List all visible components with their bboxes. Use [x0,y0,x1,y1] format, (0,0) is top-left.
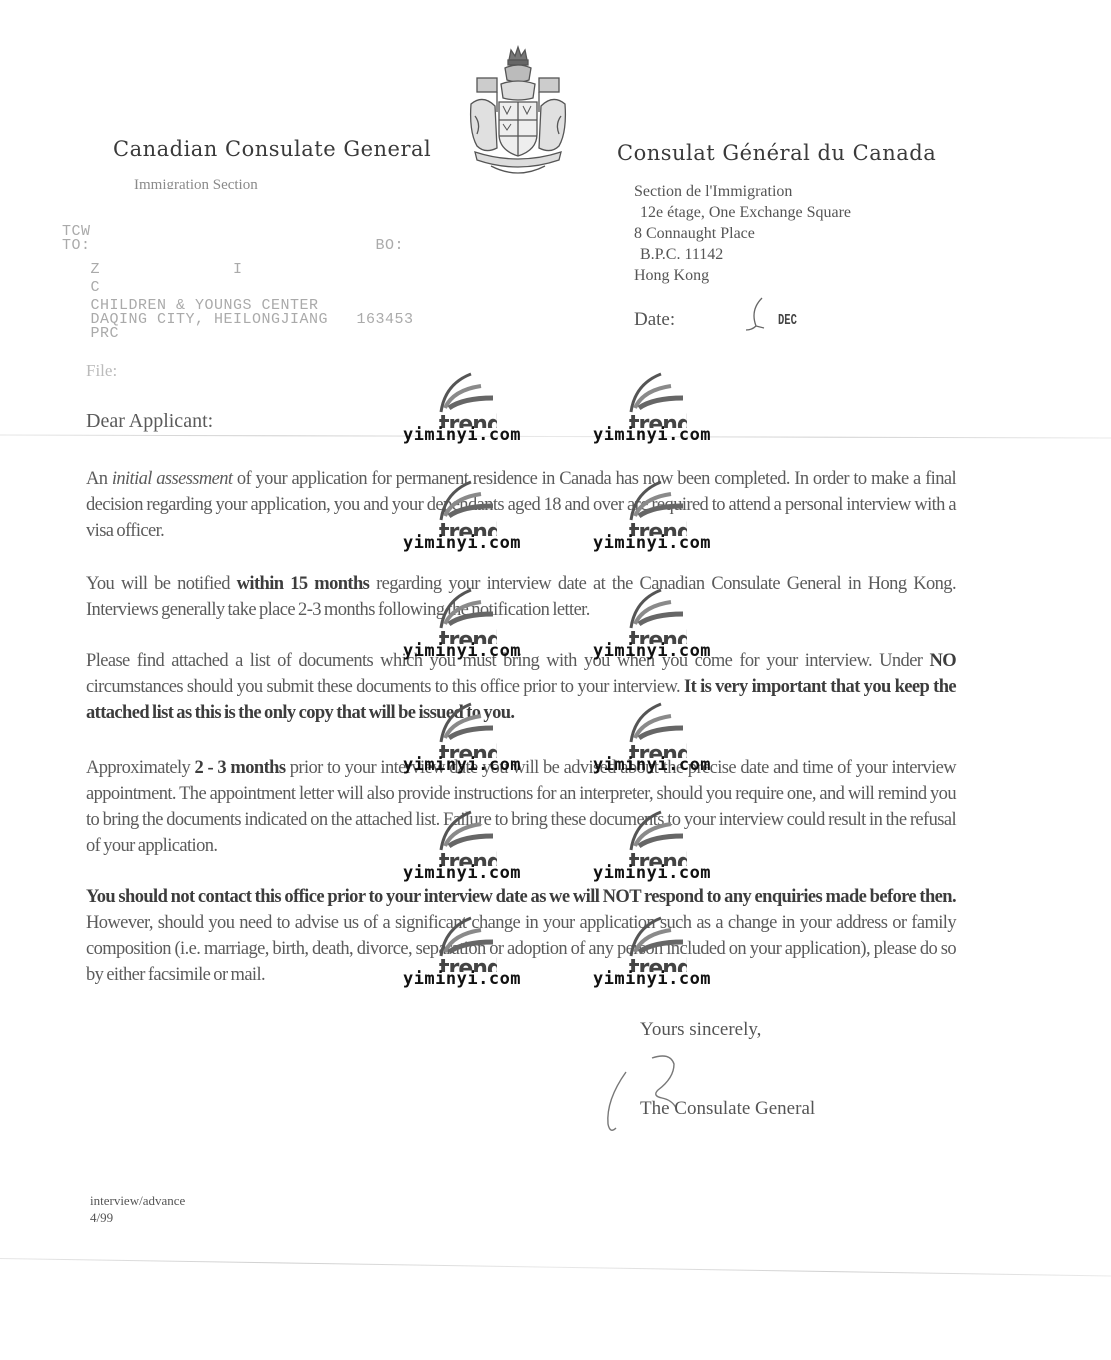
recipient-address: TCW TO: BO: Z I C CHILDREN & YOUNGS CENT… [62,225,414,341]
trend-logo-icon: trend [617,806,687,866]
trend-logo-icon: trend [617,476,687,536]
watermark: trend yiminyi.com [582,912,722,988]
address-line: 12e étage, One Exchange Square [634,202,851,223]
watermark: trend yiminyi.com [582,368,722,444]
org-name-english: Canadian Consulate General [113,137,431,161]
address-line: 8 Connaught Place [634,223,851,244]
watermark: trend yiminyi.com [392,698,532,774]
trend-logo-icon: trend [427,806,497,866]
watermark-url: yiminyi.com [582,534,722,552]
coat-of-arms-icon [463,42,573,180]
paper-fold-line [0,435,1111,439]
watermark: trend yiminyi.com [582,806,722,882]
trend-logo-icon: trend [427,698,497,758]
closing: Yours sincerely, [640,1019,761,1041]
paragraph-text: You should not contact this office prior… [86,887,956,907]
trend-logo-icon: trend [617,584,687,644]
paragraph-text: 2 - 3 months [195,758,286,778]
watermark: trend yiminyi.com [582,698,722,774]
trend-logo-icon: trend [427,476,497,536]
watermark: trend yiminyi.com [392,912,532,988]
watermark-url: yiminyi.com [392,756,532,774]
address-line: Hong Kong [634,265,851,286]
paragraph-text: NO [929,651,956,671]
date-label: Date: [634,309,675,331]
trend-logo-icon: trend [427,368,497,428]
recipient-line: Z I [62,263,414,277]
date-handwriting-icon [742,296,770,341]
watermark: trend yiminyi.com [582,584,722,660]
trend-logo-icon: trend [617,912,687,972]
paragraph-text: circumstances should you submit these do… [86,677,684,697]
date-value: DEC [778,312,797,329]
trend-logo-icon: trend [617,368,687,428]
watermark-url: yiminyi.com [582,756,722,774]
trend-logo-icon: trend [427,912,497,972]
paragraph-text: You will be notified [86,574,237,594]
paper-fold-line [0,1258,1111,1276]
recipient-line: PRC [62,327,414,341]
form-code: interview/advance [90,1192,185,1209]
watermark-url: yiminyi.com [582,864,722,882]
paragraph-text: within 15 months [237,574,370,594]
watermark: trend yiminyi.com [392,476,532,552]
address-line: B.P.C. 11142 [634,244,851,265]
watermark: trend yiminyi.com [392,806,532,882]
trend-logo-icon: trend [617,698,687,758]
greeting: Dear Applicant: [86,410,213,433]
recipient-line: TO: BO: [62,239,414,253]
paragraph-text: Approximately [86,758,195,778]
watermark: trend yiminyi.com [392,368,532,444]
form-date: 4/99 [90,1209,185,1226]
watermark-url: yiminyi.com [392,534,532,552]
watermark: trend yiminyi.com [582,476,722,552]
address-line: Section de l'Immigration [634,181,851,202]
form-footer: interview/advance 4/99 [90,1192,185,1226]
signer-title: The Consulate General [640,1098,815,1120]
watermark-url: yiminyi.com [582,970,722,988]
paragraph-text: An [86,469,112,489]
watermark-url: yiminyi.com [582,426,722,444]
watermark-url: yiminyi.com [392,970,532,988]
section-english: Immigration Section [134,177,258,189]
consulate-address: Section de l'Immigration 12e étage, One … [634,181,851,286]
recipient-line: C [62,281,414,295]
paragraph-text: initial assessment [112,469,233,489]
watermark: trend yiminyi.com [392,584,532,660]
file-label: File: [86,361,117,381]
watermark-url: yiminyi.com [392,426,532,444]
watermark-url: yiminyi.com [392,642,532,660]
watermark-url: yiminyi.com [582,642,722,660]
trend-logo-icon: trend [427,584,497,644]
watermark-url: yiminyi.com [392,864,532,882]
org-name-french: Consulat Général du Canada [617,141,936,165]
